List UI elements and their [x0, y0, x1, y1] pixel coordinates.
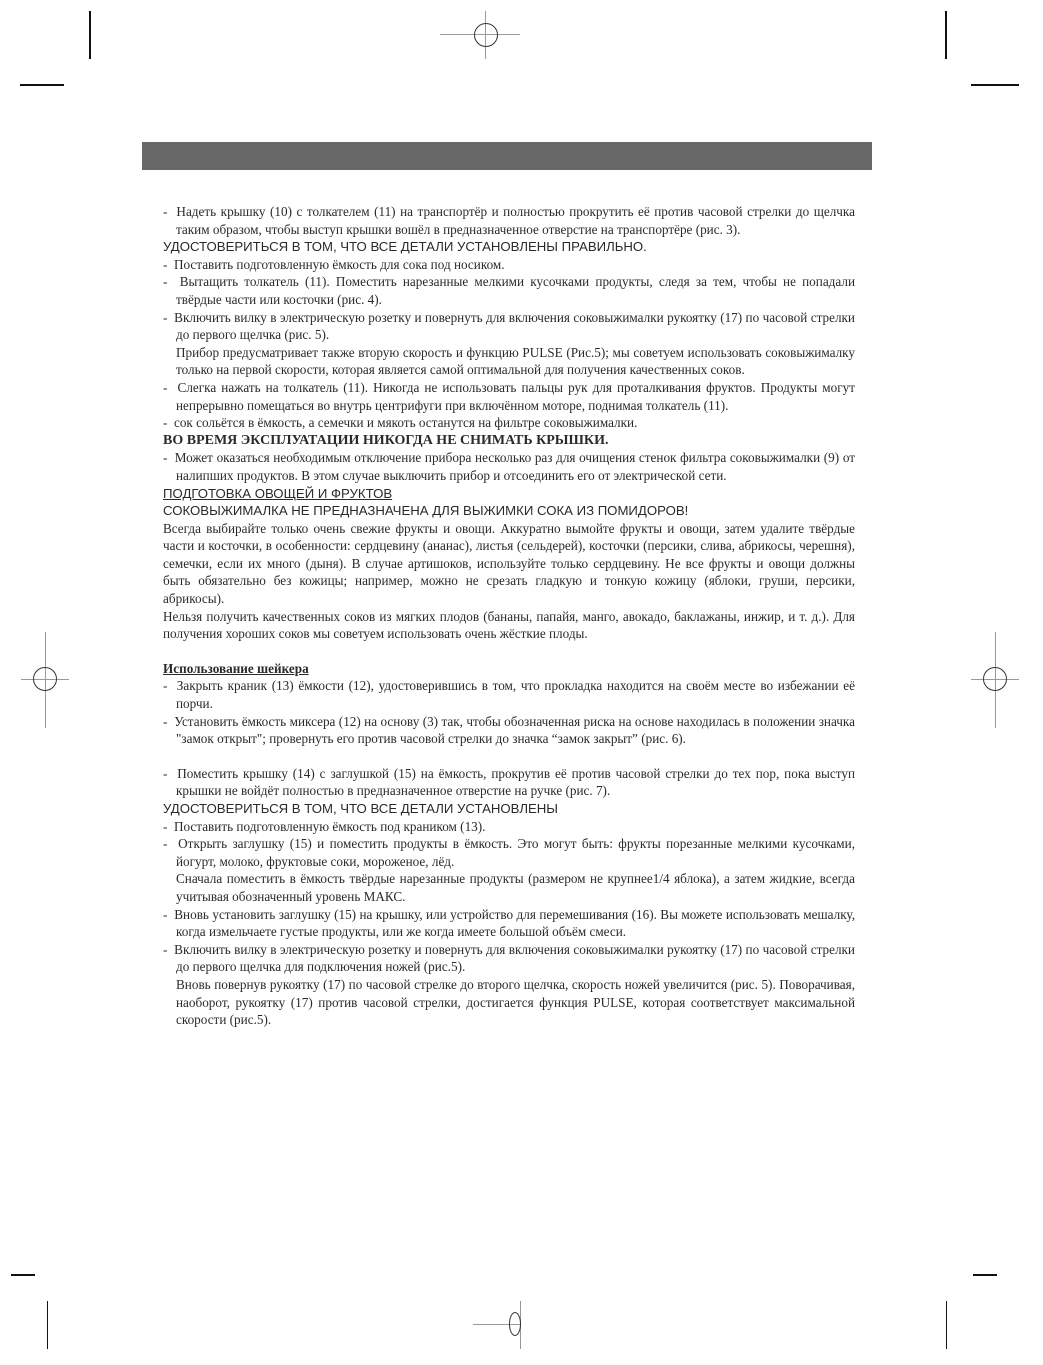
bullet-item: - Включить вилку в электрическую розетку…	[163, 309, 855, 344]
crop-mark-bottom-left-horizontal	[11, 1274, 35, 1276]
bullet-item: - Поместить крышку (14) с заглушкой (15)…	[163, 765, 855, 800]
indented-note: Вновь повернув рукоятку (17) по часовой …	[163, 976, 855, 1029]
crop-mark-top-left-vertical	[89, 11, 91, 59]
crop-mark-top-right-vertical	[945, 11, 947, 59]
indented-note: Прибор предусматривает также вторую скор…	[163, 344, 855, 379]
warning-heading: ВО ВРЕМЯ ЭКСПЛУАТАЦИИ НИКОГДА НЕ СНИМАТЬ…	[163, 432, 855, 450]
section-notice: УДОСТОВЕРИТЬСЯ В ТОМ, ЧТО ВСЕ ДЕТАЛИ УСТ…	[163, 238, 855, 256]
bullet-item: - Надеть крышку (10) с толкателем (11) н…	[163, 203, 855, 238]
bullet-item: - Установить ёмкость миксера (12) на осн…	[163, 713, 855, 748]
bullet-item: - Открыть заглушку (15) и поместить прод…	[163, 835, 855, 870]
spacer	[163, 748, 855, 765]
crop-mark-top-right-horizontal	[971, 84, 1019, 86]
crop-mark-bottom-left-vertical	[47, 1301, 48, 1349]
bullet-item: - Закрыть краник (13) ёмкости (12), удос…	[163, 677, 855, 712]
header-bar	[142, 142, 872, 170]
crop-mark-top-left-horizontal	[20, 84, 64, 86]
crop-mark-bottom-right-horizontal	[973, 1274, 997, 1276]
bullet-item: - Вновь установить заглушку (15) на крыш…	[163, 906, 855, 941]
section-heading: ПОДГОТОВКА ОВОЩЕЙ И ФРУКТОВ	[163, 485, 855, 503]
section-notice: УДОСТОВЕРИТЬСЯ В ТОМ, ЧТО ВСЕ ДЕТАЛИ УСТ…	[163, 800, 855, 818]
bullet-item: - Поставить подготовленную ёмкость для с…	[163, 256, 855, 274]
bullet-item: - Поставить подготовленную ёмкость под к…	[163, 818, 855, 836]
crop-mark-bottom-right-vertical	[946, 1301, 947, 1349]
bullet-item: - Слегка нажать на толкатель (11). Никог…	[163, 379, 855, 414]
bullet-item: - Включить вилку в электрическую розетку…	[163, 941, 855, 976]
document-body: - Надеть крышку (10) с толкателем (11) н…	[163, 203, 855, 1029]
body-paragraph: Всегда выбирайте только очень свежие фру…	[163, 520, 855, 608]
body-paragraph: Нельзя получить качественных соков из мя…	[163, 608, 855, 643]
section-notice: СОКОВЫЖИМАЛКА НЕ ПРЕДНАЗНАЧЕНА ДЛЯ ВЫЖИМ…	[163, 502, 855, 520]
indented-note: Сначала поместить в ёмкость твёрдые наре…	[163, 870, 855, 905]
bullet-item: - Может оказаться необходимым отключение…	[163, 449, 855, 484]
bullet-item: - сок сольётся в ёмкость, а семечки и мя…	[163, 414, 855, 432]
subsection-heading: Использование шейкера	[163, 660, 855, 678]
bullet-item: - Вытащить толкатель (11). Поместить нар…	[163, 273, 855, 308]
